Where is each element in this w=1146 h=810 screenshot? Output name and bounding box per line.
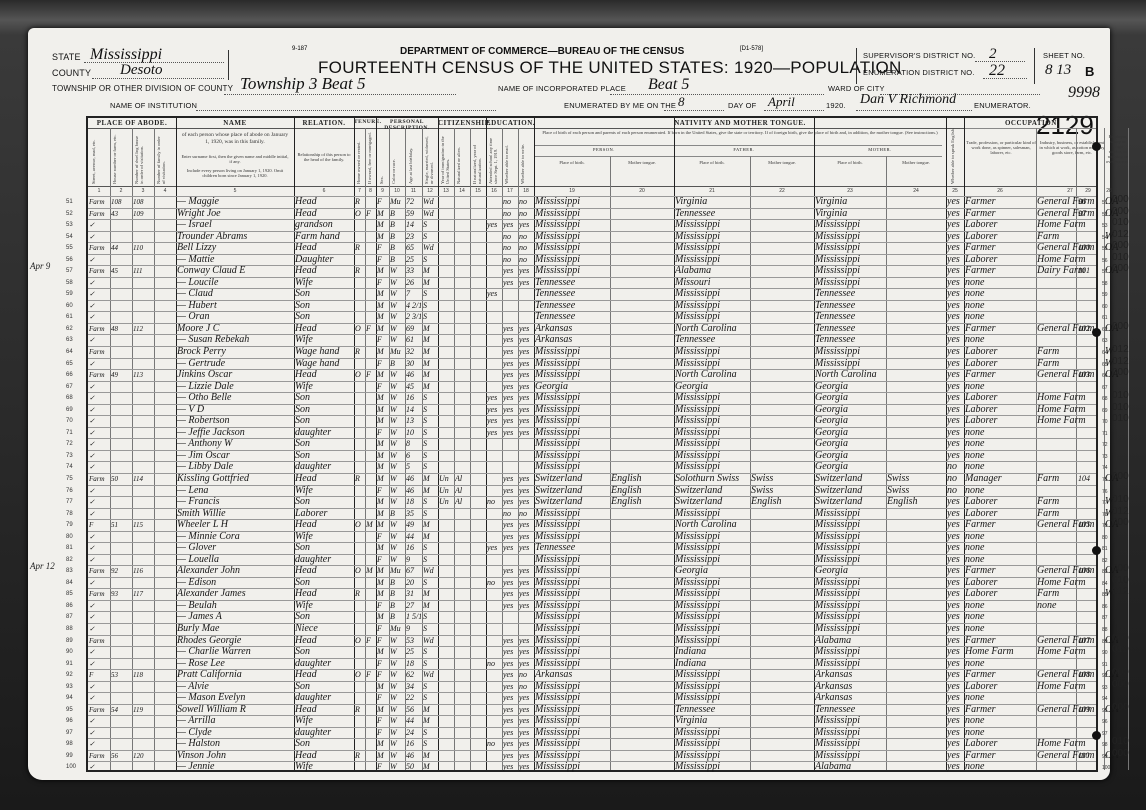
cell-race: W [390,750,404,762]
occupation-code: 012 [1112,506,1129,517]
enumerated-month: April [768,94,795,110]
cell-age: 14 [406,404,421,416]
cell-name: — Oran [177,311,293,323]
cell-race: W [390,635,404,647]
cell-trade: Farmer [965,669,1035,681]
father-pob-label: Place of birth. [674,160,750,165]
line-number: 99 [66,753,73,759]
cell-eng: yes [947,323,963,335]
cell-read: no [503,242,517,254]
cell-dwelling: 54 [111,704,131,716]
cell-pob: Arkansas [535,669,609,681]
cell-write: no [519,231,533,243]
cell-marital: Wd [423,242,437,254]
cell-mpob: Tennessee [815,704,885,716]
cell-age: 32 [406,346,421,358]
cell-mpob: Arkansas [815,669,885,681]
column-number: 10 [389,188,405,194]
cell-nat: Al [455,473,469,485]
cell-street: ✓ [89,415,109,427]
cell-name: — Alvie [177,681,293,693]
cell-read: no [503,208,517,220]
cell-street: Farm [89,369,109,381]
cell-marital: M [423,531,437,543]
cell-race: W [390,658,404,670]
cell-pob: Mississippi [535,635,609,647]
cell-mmt: English [887,496,945,508]
cell-trade: none [965,658,1035,670]
cell-race: W [390,415,404,427]
line-number: 53 [66,222,73,228]
cell-write: yes [519,727,533,739]
col9-label: Sex. [379,132,384,184]
cell-industry: Farm [1037,358,1103,370]
cell-pob: Mississippi [535,554,609,566]
col18-label: Whether able to write. [520,132,525,184]
cell-age: 44 [406,715,421,727]
cell-marital: M [423,369,437,381]
cell-name: Vinson John [177,750,293,762]
cell-age: 65 [406,242,421,254]
cell-fmt: Swiss [751,485,813,497]
cell-read: yes [503,635,517,647]
right-line-number: 54 [1102,235,1108,241]
cell-read: yes [503,542,517,554]
right-line-number: 71 [1102,431,1108,437]
cell-name: — Rose Lee [177,658,293,670]
cell-name: — Libby Dale [177,461,293,473]
cell-pob: Mississippi [535,208,609,220]
cell-eng: yes [947,750,963,762]
cell-sex: F [377,334,388,346]
occupation-code: 010 [1112,575,1129,586]
cell-farm-schedule: 110 [1078,750,1100,762]
cell-pob: Switzerland [535,485,609,497]
cell-mpob: Mississippi [815,577,885,589]
cell-pob: Tennessee [535,288,609,300]
census-table: PLACE OF ABODE. NAME RELATION. TENURE. P… [86,116,1098,772]
cell-race: W [390,450,404,462]
cell-relation: Head [295,565,353,577]
cell-eng: yes [947,588,963,600]
cell-tenure: R [355,196,364,208]
cell-fpob: Indiana [675,658,749,670]
cell-dwelling: 43 [111,208,131,220]
cell-mpob: Mississippi [815,715,885,727]
cell-sex: M [377,565,388,577]
cell-trade: Home Farm [965,646,1035,658]
cell-school: no [487,577,501,589]
cell-write: yes [519,473,533,485]
cell-fpob: Indiana [675,646,749,658]
right-line-number: 72 [1102,442,1108,448]
cell-relation: Head [295,750,353,762]
cell-pob: Mississippi [535,738,609,750]
cell-race: W [390,323,404,335]
occupation-code: 012 [1112,344,1129,355]
cell-trade: none [965,715,1035,727]
cell-name: — Israel [177,219,293,231]
cell-marital: S [423,542,437,554]
cell-age: 16 [406,392,421,404]
line-number: 82 [66,557,73,563]
cell-mpob: Switzerland [815,473,885,485]
cell-pob: Mississippi [535,681,609,693]
cell-eng: yes [947,369,963,381]
cell-pob: Mississippi [535,761,609,773]
sheet-box: Sheet No. 8 13 B [1034,48,1107,84]
cell-race: B [390,208,404,220]
cell-dwelling: 50 [111,473,131,485]
cell-trade: Farmer [965,750,1035,762]
person-mt-label: Mother tongue. [610,160,674,165]
cell-mort: M [366,565,375,577]
cell-eng: no [947,461,963,473]
right-line-number: 66 [1102,373,1108,379]
cell-marital: M [423,346,437,358]
cell-trade: Laborer [965,577,1035,589]
cell-street: Farm [89,208,109,220]
cell-eng: yes [947,438,963,450]
cell-read: yes [503,358,517,370]
cell-eng: yes [947,761,963,773]
cell-name: — Mason Evelyn [177,692,293,704]
cell-industry: none [1037,600,1103,612]
right-line-number: 60 [1102,304,1108,310]
cell-trade: Laborer [965,496,1035,508]
line-number: 75 [66,476,73,482]
cell-race: W [390,692,404,704]
cell-pob: Mississippi [535,565,609,577]
cell-pob: Mississippi [535,611,609,623]
cell-family: 119 [133,704,153,716]
cell-farm-schedule: 109 [1078,704,1100,716]
cell-marital: S [423,738,437,750]
cell-read: yes [503,577,517,589]
cell-name: — Glover [177,542,293,554]
cell-age: 67 [406,565,421,577]
cell-fpob: Mississippi [675,438,749,450]
cell-school: yes [487,415,501,427]
cell-marital: S [423,427,437,439]
cell-write: yes [519,565,533,577]
cell-trade: none [965,542,1035,554]
sheet-side: B [1085,64,1095,79]
cell-mpob: Georgia [815,565,885,577]
right-line-number: 93 [1102,685,1108,691]
cell-industry: Farm [1037,508,1103,520]
cell-sex: M [377,323,388,335]
col17-label: Whether able to read. [504,132,509,184]
cell-trade: Farmer [965,519,1035,531]
cell-read: no [503,231,517,243]
cell-street: ✓ [89,300,109,312]
cell-relation: daughter [295,692,353,704]
cell-marital: S [423,392,437,404]
line-number: 100 [66,764,76,770]
right-line-number: 74 [1102,465,1108,471]
cell-eng: yes [947,219,963,231]
cell-marital: S [423,415,437,427]
cell-name: Alexander John [177,565,293,577]
cell-eng: yes [947,692,963,704]
cell-name: — Minnie Cora [177,531,293,543]
right-line-number: 55 [1102,246,1108,252]
column-number: 14 [454,188,470,194]
cell-marital: S [423,450,437,462]
right-line-number: 78 [1102,512,1108,518]
cell-eng: yes [947,231,963,243]
cell-fpob: Mississippi [675,600,749,612]
cell-school: no [487,658,501,670]
cell-pob: Arkansas [535,323,609,335]
county-label: County [52,68,91,78]
cell-industry: Farm [1037,231,1103,243]
cell-sex: F [377,669,388,681]
cell-farm-schedule: 100 [1078,242,1100,254]
line-number: 91 [66,661,73,667]
cell-dwelling: 53 [111,669,131,681]
cell-write: yes [519,485,533,497]
cell-eng: yes [947,704,963,716]
col13-label: Year of immigration to the United States… [440,132,450,184]
township-label: Township or other division of county [52,84,233,93]
line-number: 56 [66,257,73,263]
cell-trade: none [965,450,1035,462]
cell-family: 118 [133,669,153,681]
cell-sex: M [377,265,388,277]
cell-name: — Anthony W [177,438,293,450]
cell-sex: F [377,277,388,289]
occupation-code: 000 [1112,702,1129,713]
cell-family: 112 [133,323,153,335]
cell-fpob: Georgia [675,381,749,393]
cell-read: yes [503,496,517,508]
cell-name: — V D [177,404,293,416]
occupation-code: 010 [1112,413,1129,424]
cell-relation: Head [295,519,353,531]
cell-write: yes [519,427,533,439]
mother-label: MOTHER. [814,147,946,152]
cell-name: — Loucile [177,277,293,289]
cell-pob: Mississippi [535,242,609,254]
district-box: Supervisor's District No. 2 Enumeration … [856,48,1033,84]
cell-write: yes [519,658,533,670]
cell-age: 5 [406,461,421,473]
cell-trade: none [965,600,1035,612]
cell-farm-schedule: 107 [1078,635,1100,647]
cell-family: 111 [133,265,153,277]
line-number: 95 [66,707,73,713]
cell-race: W [390,438,404,450]
cell-fpob: Switzerland [675,485,749,497]
cell-age: 16 [406,542,421,554]
cell-industry: Home Farm [1037,254,1103,266]
right-line-number: 76 [1102,489,1108,495]
line-number: 65 [66,361,73,367]
cell-mpob: Georgia [815,392,885,404]
right-line-number: 68 [1102,396,1108,402]
cell-write: yes [519,334,533,346]
cell-trade: none [965,485,1035,497]
cell-street: ✓ [89,358,109,370]
cell-read: yes [503,323,517,335]
cell-race: B [390,358,404,370]
cell-mpob: Mississippi [815,358,885,370]
cell-eng: yes [947,265,963,277]
cell-relation: Head [295,242,353,254]
cell-eng: yes [947,242,963,254]
right-line-number: 83 [1102,569,1108,575]
cell-write: yes [519,415,533,427]
cell-pob: Mississippi [535,265,609,277]
cell-eng: yes [947,346,963,358]
cell-nat: Al [455,496,469,508]
cell-name: — Clyde [177,727,293,739]
cell-mpob: Mississippi [815,646,885,658]
cell-pob: Mississippi [535,577,609,589]
cell-fpob: Mississippi [675,681,749,693]
cell-relation: Son [295,311,353,323]
cell-street: Farm [89,704,109,716]
cell-fpob: Mississippi [675,611,749,623]
cell-sex: F [377,242,388,254]
cell-race: W [390,704,404,716]
cell-eng: yes [947,208,963,220]
cell-school: no [487,738,501,750]
cell-fpob: Mississippi [675,692,749,704]
cell-trade: none [965,311,1035,323]
section-citizenship: CITIZENSHIP. [438,119,486,127]
cell-mpob: Virginia [815,208,885,220]
cell-eng: yes [947,196,963,208]
cell-trade: none [965,692,1035,704]
cell-eng: yes [947,542,963,554]
cell-race: B [390,508,404,520]
cell-trade: Farmer [965,635,1035,647]
cell-mpob: Mississippi [815,750,885,762]
col14-label: Naturalized or alien. [456,132,461,184]
enumeration-district-label: Enumeration District No. [863,68,975,77]
cell-street: ✓ [89,623,109,635]
cell-read: yes [503,704,517,716]
occupation-code: 012 [1112,229,1129,240]
cell-age: 27 [406,600,421,612]
cell-mpob: Tennessee [815,288,885,300]
cell-race: W [390,554,404,566]
cell-read: yes [503,369,517,381]
cell-mt: English [611,473,673,485]
cell-age: 20 [406,577,421,589]
cell-trade: Laborer [965,346,1035,358]
cell-age: 46 [406,473,421,485]
cell-name: — Jim Oscar [177,450,293,462]
cell-name: — Jennie [177,761,293,773]
cell-sex: M [377,519,388,531]
cell-name: Burly Mae [177,623,293,635]
cell-eng: yes [947,600,963,612]
cell-industry: Farm [1037,588,1103,600]
cell-name: Wright Joe [177,208,293,220]
cell-pob: Tennessee [535,300,609,312]
line-number: 79 [66,522,73,528]
cell-trade: none [965,381,1035,393]
cell-school: yes [487,288,501,300]
cell-fpob: Mississippi [675,427,749,439]
cell-mpob: Georgia [815,450,885,462]
line-number: 81 [66,545,73,551]
cell-pob: Tennessee [535,277,609,289]
cell-street: Farm [89,196,109,208]
cell-name: Wheeler L H [177,519,293,531]
right-line-number: 59 [1102,292,1108,298]
cell-age: 33 [406,265,421,277]
cell-age: 72 [406,196,421,208]
cell-trade: none [965,761,1035,773]
cell-age: 9 [406,554,421,566]
cell-mpob: Georgia [815,438,885,450]
cell-read: yes [503,727,517,739]
cell-street: Farm [89,565,109,577]
cell-race: B [390,600,404,612]
cell-dwelling: 49 [111,369,131,381]
column-number: 29 [1076,188,1100,194]
cell-industry: Home Farm [1037,681,1103,693]
line-number: 57 [66,268,73,274]
cell-mpob: Mississippi [815,265,885,277]
cell-pob: Mississippi [535,692,609,704]
cell-race: W [390,288,404,300]
cell-relation: Son [295,450,353,462]
cell-age: 1 5/12 [406,611,421,623]
name-note-surname: Enter surname first, then the given name… [180,154,290,164]
cell-marital: Wd [423,669,437,681]
cell-age: 50 [406,761,421,773]
cell-write: yes [519,635,533,647]
cell-race: B [390,611,404,623]
cell-street: F [89,519,109,531]
cell-street: Farm [89,346,109,358]
cell-trade: Laborer [965,358,1035,370]
line-number: 89 [66,638,73,644]
supervisor-district-value: 2 [989,46,997,63]
column-number: 2 [110,188,132,194]
right-line-number: 52 [1102,212,1108,218]
right-line-number: 51 [1102,200,1108,206]
cell-pob: Mississippi [535,415,609,427]
right-line-number: 82 [1102,558,1108,564]
cell-dwelling: 108 [111,196,131,208]
cell-street: ✓ [89,531,109,543]
cell-relation: Wife [295,531,353,543]
cell-marital: M [423,277,437,289]
cell-pob: Mississippi [535,404,609,416]
right-line-number: 64 [1102,350,1108,356]
cell-age: 69 [406,323,421,335]
cell-race: B [390,577,404,589]
stamp-number: 9998 [1068,84,1100,102]
cell-sex: F [377,635,388,647]
cell-marital: M [423,715,437,727]
cell-mpob: North Carolina [815,369,885,381]
cell-mpob: Arkansas [815,681,885,693]
cell-street: Farm [89,265,109,277]
cell-relation: Head [295,323,353,335]
person-pob-label: Place of birth. [534,160,610,165]
cell-write: yes [519,392,533,404]
line-number: 72 [66,441,73,447]
cell-mpob: Georgia [815,404,885,416]
